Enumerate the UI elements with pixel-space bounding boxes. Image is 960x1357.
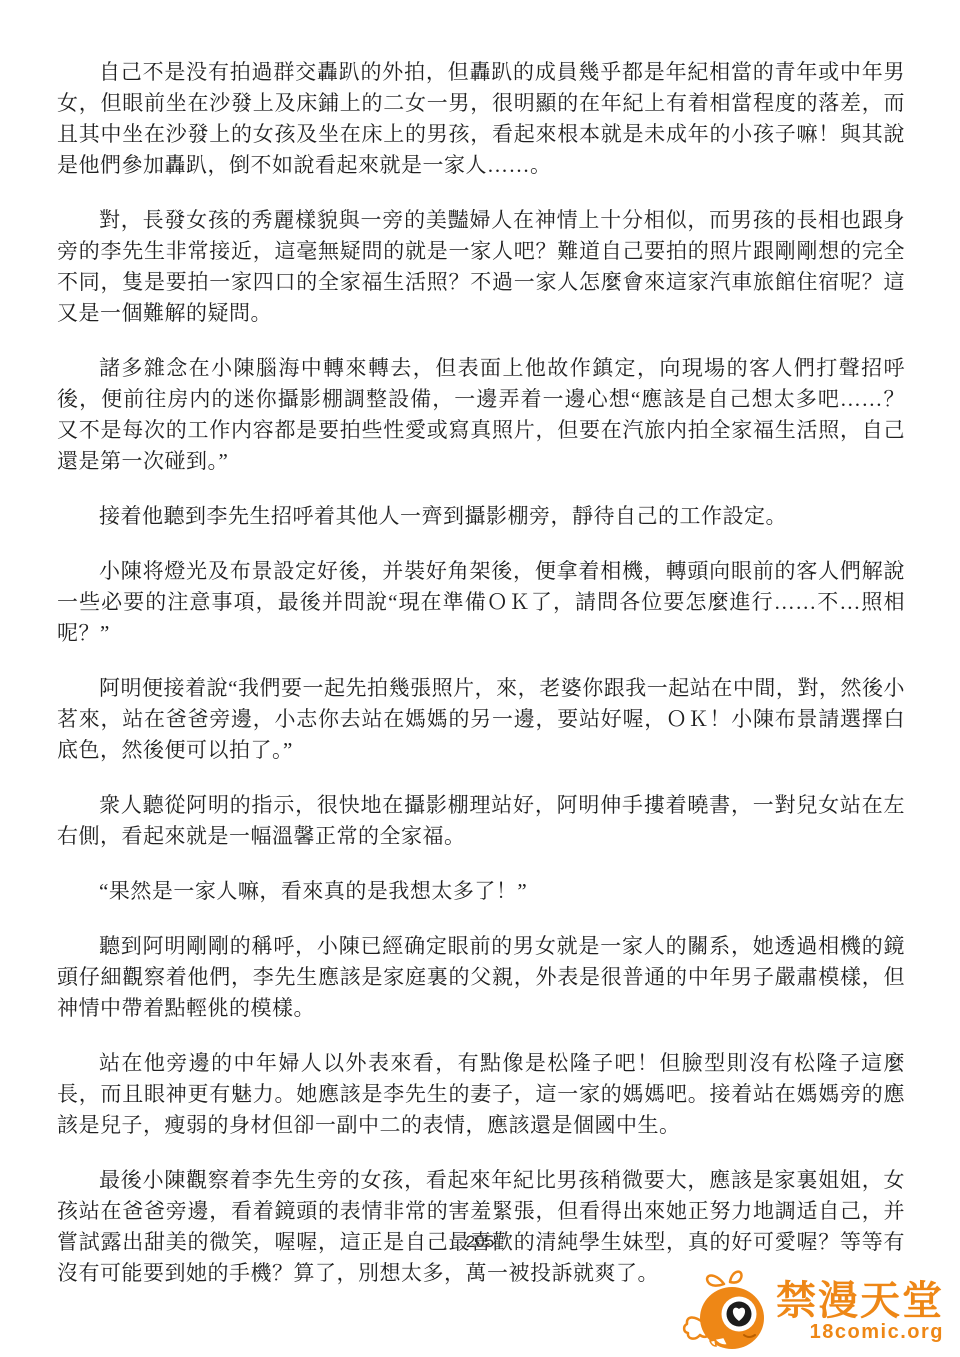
body-paragraph: 站在他旁邊的中年婦人以外表來看，有點像是松隆子吧！但臉型則沒有松隆子這麼長，而且… [57, 1048, 905, 1141]
page-number: 205 [0, 1232, 960, 1252]
body-paragraph: 諸多雜念在小陳腦海中轉來轉去，但表面上他故作鎮定，向現場的客人們打聲招呼後，便前… [57, 353, 905, 477]
site-url: 18comic.org [810, 1321, 944, 1343]
body-paragraph: 對，長發女孩的秀麗樣貌與一旁的美豔婦人在神情上十分相似，而男孩的長相也跟身旁的李… [57, 205, 905, 329]
site-watermark: 禁漫天堂 18comic.org [680, 1269, 944, 1353]
body-paragraph: 聽到阿明剛剛的稱呼，小陳已經确定眼前的男女就是一家人的關系，她透過相機的鏡頭仔細… [57, 931, 905, 1024]
body-paragraph: 阿明便接着說“我們要一起先拍幾張照片，來，老婆你跟我一起站在中間，對，然後小茗來… [57, 673, 905, 766]
document-page: 自己不是没有拍過群交轟趴的外拍，但轟趴的成員幾乎都是年紀相當的青年或中年男女，但… [0, 0, 960, 1357]
body-paragraph: 接着他聽到李先生招呼着其他人一齊到攝影棚旁，靜待自己的工作設定。 [57, 501, 905, 532]
site-name: 禁漫天堂 [776, 1279, 944, 1323]
orange-whale-mascot-icon [680, 1269, 774, 1353]
body-paragraph: 衆人聽從阿明的指示，很快地在攝影棚理站好，阿明伸手摟着曉書，一對兒女站在左右側，… [57, 790, 905, 852]
body-paragraph: “果然是一家人嘛，看來真的是我想太多了！” [57, 876, 905, 907]
body-paragraph: 自己不是没有拍過群交轟趴的外拍，但轟趴的成員幾乎都是年紀相當的青年或中年男女，但… [57, 57, 905, 181]
body-paragraph: 小陳将燈光及布景設定好後，并裝好角架後，便拿着相機，轉頭向眼前的客人們解說一些必… [57, 556, 905, 649]
page-content: 自己不是没有拍過群交轟趴的外拍，但轟趴的成員幾乎都是年紀相當的青年或中年男女，但… [0, 0, 960, 1289]
